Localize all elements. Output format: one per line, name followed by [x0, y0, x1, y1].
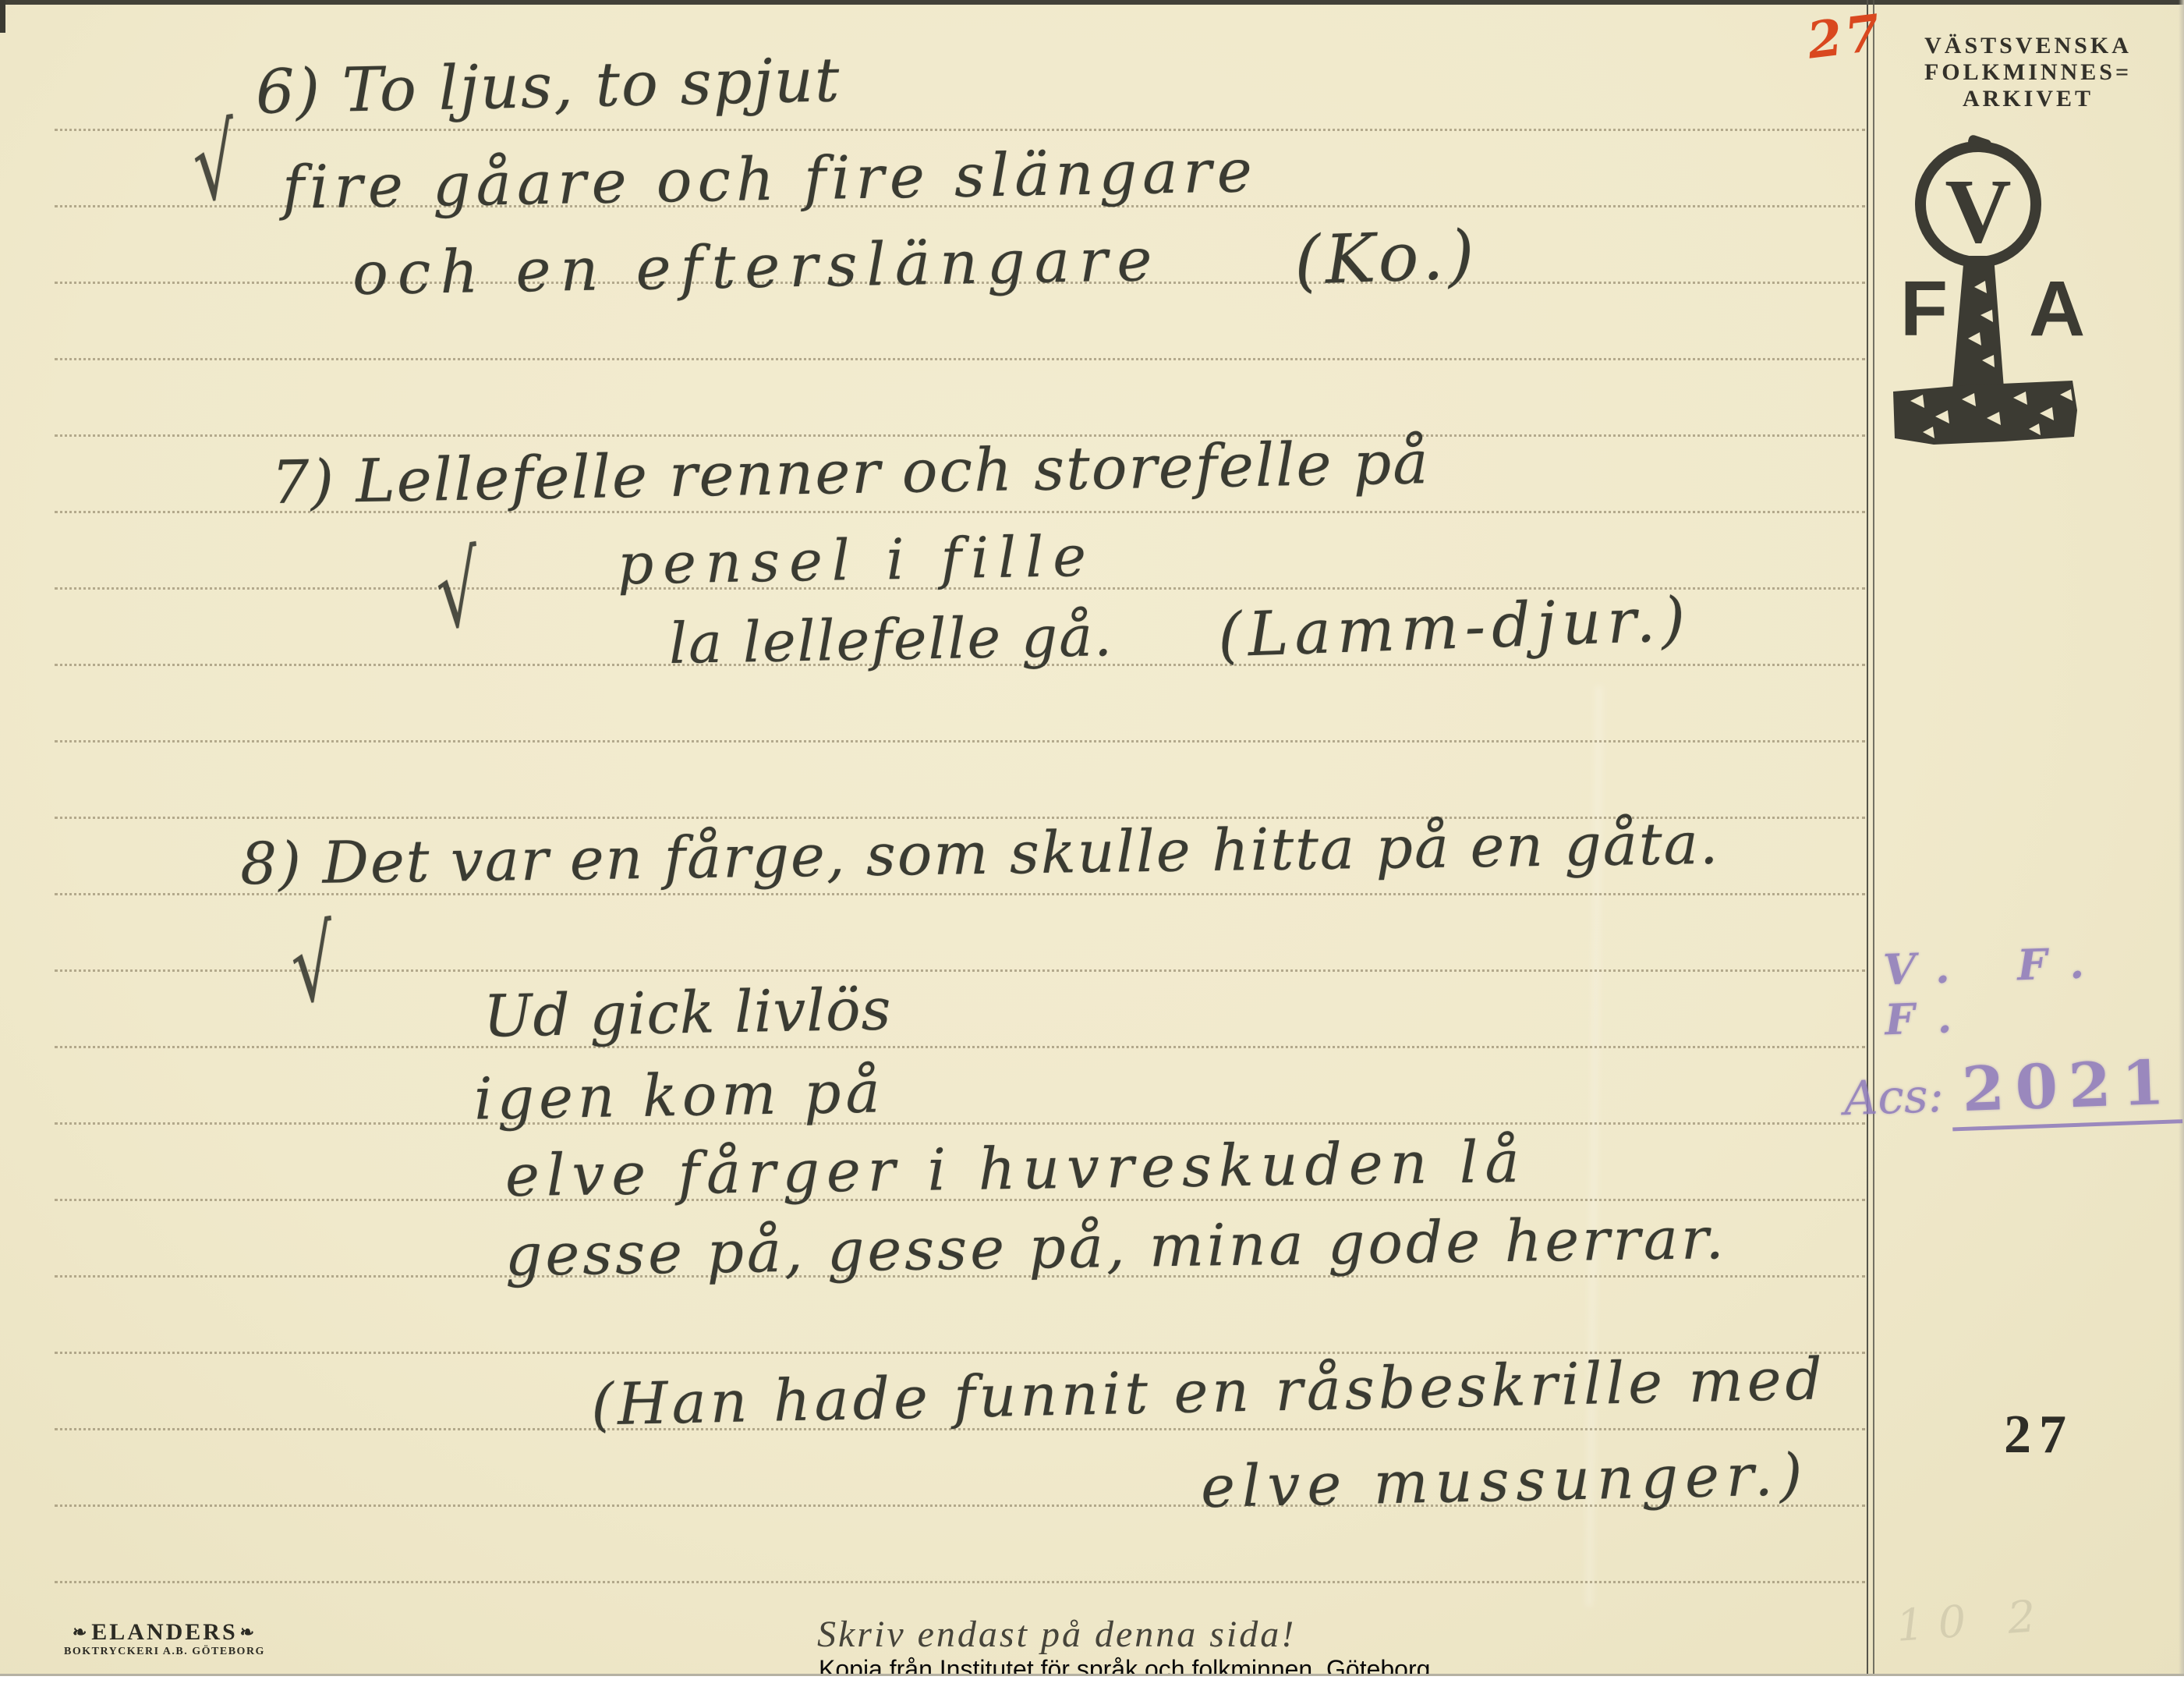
printer-name-row: ❧ELANDERS❧: [64, 1621, 265, 1644]
handwritten-line-8-1: 8) Det var en fårge, som skulle hitta på…: [240, 815, 1720, 893]
margin-rule-line: [1873, 0, 1874, 1676]
handwritten-line-6-2: fire gåare och fire slängare: [281, 141, 1258, 218]
scan-corner-mark: [0, 0, 5, 33]
checkmark-icon: √: [190, 112, 240, 218]
thors-hammer-icon: V F A: [1887, 131, 2144, 468]
handwritten-line-8-3: igen kom på: [473, 1063, 885, 1128]
handwritten-line-7-3: la lellefelle gå.: [668, 608, 1113, 672]
print-instruction: Skriv endast på denna sida!: [817, 1613, 1296, 1656]
thors-hammer-logo: V F A: [1887, 131, 2144, 468]
handwritten-answer-7: (Lamm-djur.): [1217, 589, 1693, 666]
handwritten-line-6-1: 6) To ljus, to spjut: [255, 50, 841, 123]
page-number: 27: [2004, 1404, 2074, 1466]
handwritten-line-7-1: 7) Lellefelle renner och storefelle på: [271, 433, 1430, 512]
scan-bottom-strip: [0, 1674, 2184, 1687]
logo-letter-v: V: [1945, 160, 2011, 262]
printer-ornament-icon: ❧: [70, 1622, 91, 1642]
handwritten-line-8-2: Ud gick livlös: [483, 980, 892, 1045]
accession-stamp: V. F. F. Acs:2021: [1839, 935, 2172, 1130]
archive-name-line1: VÄSTSVENSKA: [1878, 33, 2179, 59]
ruled-line: [55, 358, 1865, 360]
handwritten-line-7-2: pensel i fille: [617, 528, 1096, 593]
archive-name-line3: ARKIVET: [1878, 86, 2179, 112]
ruled-line: [55, 129, 1865, 131]
checkmark-icon: √: [288, 913, 338, 1020]
stamp-initials: V. F. F.: [1839, 935, 2169, 1047]
ruled-line: [55, 1046, 1865, 1048]
archive-name-line2: FOLKMINNES=: [1878, 59, 2179, 86]
handwritten-answer-8-line1: (Han hade funnit en råsbeskrille med: [590, 1350, 1826, 1434]
scan-top-edge: [0, 0, 2184, 5]
margin-rule-line: [1867, 0, 1868, 1676]
scan-right-edge: [2179, 0, 2184, 1687]
scanned-document-page: 6) To ljus, to spjut √ fire gåare och fi…: [0, 0, 2184, 1687]
handwritten-line-6-3: och en efterslängare: [352, 230, 1161, 303]
printer-name: ELANDERS: [91, 1619, 237, 1645]
logo-letter-a: A: [2029, 265, 2085, 353]
ruled-line: [55, 1581, 1865, 1583]
printer-ornament-icon: ❧: [238, 1622, 259, 1642]
checkmark-icon: √: [434, 539, 483, 646]
handwritten-answer-6: (Ko.): [1294, 222, 1481, 295]
handwritten-line-8-4: elve fårger i huvreskuden lå: [505, 1133, 1527, 1205]
red-page-note: 27: [1804, 3, 1886, 70]
archive-name: VÄSTSVENSKA FOLKMINNES= ARKIVET: [1878, 33, 2179, 112]
logo-letter-f: F: [1900, 265, 1948, 353]
handwritten-line-8-5: gesse på, gesse på, mina gode herrar.: [505, 1210, 1728, 1285]
ruled-line: [55, 740, 1865, 742]
printer-subtitle: BOKTRYCKERI A.B. GÖTEBORG: [64, 1646, 265, 1658]
stamp-accession-row: Acs:2021: [1842, 1047, 2172, 1130]
ruled-line: [55, 1122, 1865, 1125]
stamp-acs-number: 2021: [1950, 1047, 2182, 1131]
handwritten-answer-8-line2: elve mussunger.): [1200, 1446, 1810, 1516]
printer-mark: ❧ELANDERS❧ BOKTRYCKERI A.B. GÖTEBORG: [64, 1621, 265, 1658]
faint-pencil-note: 10 2: [1895, 1590, 2051, 1652]
stamp-acs-label: Acs:: [1843, 1069, 1945, 1126]
hammer-shaft: [1952, 256, 2004, 388]
